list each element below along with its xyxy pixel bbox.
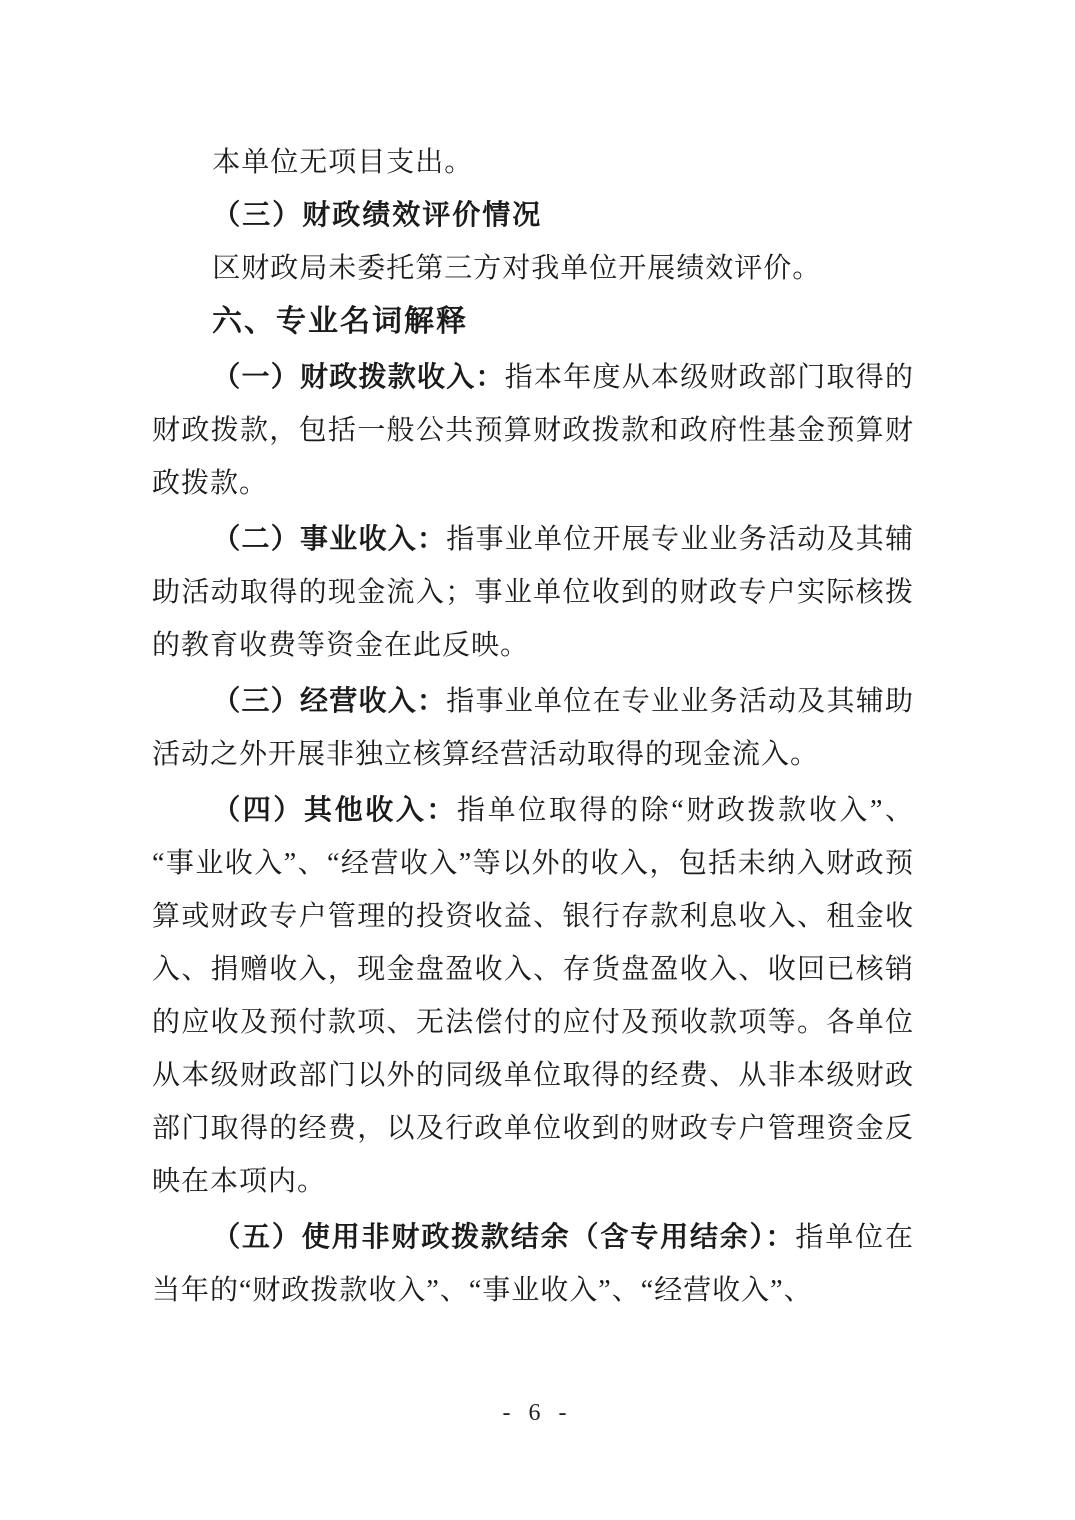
document-page: 本单位无项目支出。 （三）财政绩效评价情况 区财政局未委托第三方对我单位开展绩效… xyxy=(0,0,1075,1520)
term-paragraph-4-other-income: （四）其他收入：指单位取得的除“财政拨款收入”、“事业收入”、“经营收入”等以外… xyxy=(152,784,914,1208)
term-text-4: 指单位取得的除“财政拨款收入”、“事业收入”、“经营收入”等以外的收入，包括未纳… xyxy=(152,795,914,1197)
body-paragraph-evaluation-status: 区财政局未委托第三方对我单位开展绩效评价。 xyxy=(152,242,914,295)
term-lead-3: （三）经营收入： xyxy=(212,686,446,717)
page-number: - 6 - xyxy=(0,1400,1075,1427)
term-lead-4: （四）其他收入： xyxy=(212,795,457,826)
term-paragraph-1-fiscal-appropriation-income: （一）财政拨款收入：指本年度从本级财政部门取得的财政拨款，包括一般公共预算财政拨… xyxy=(152,351,914,510)
document-body: 本单位无项目支出。 （三）财政绩效评价情况 区财政局未委托第三方对我单位开展绩效… xyxy=(152,136,914,1317)
term-paragraph-2-operating-income: （二）事业收入：指事业单位开展专业业务活动及其辅助活动取得的现金流入；事业单位收… xyxy=(152,513,914,672)
term-paragraph-5-non-fiscal-balance: （五）使用非财政拨款结余（含专用结余）：指单位在当年的“财政拨款收入”、“事业收… xyxy=(152,1211,914,1317)
term-lead-5: （五）使用非财政拨款结余（含专用结余）： xyxy=(212,1222,795,1253)
term-paragraph-3-business-income: （三）经营收入：指事业单位在专业业务活动及其辅助活动之外开展非独立核算经营活动取… xyxy=(152,675,914,781)
section-heading-3-performance-evaluation: （三）财政绩效评价情况 xyxy=(152,189,914,242)
term-lead-2: （二）事业收入： xyxy=(212,524,446,555)
body-paragraph-no-project-expense: 本单位无项目支出。 xyxy=(152,136,914,189)
chapter-heading-6-terminology: 六、专业名词解释 xyxy=(152,295,914,348)
term-lead-1: （一）财政拨款收入： xyxy=(212,362,505,393)
